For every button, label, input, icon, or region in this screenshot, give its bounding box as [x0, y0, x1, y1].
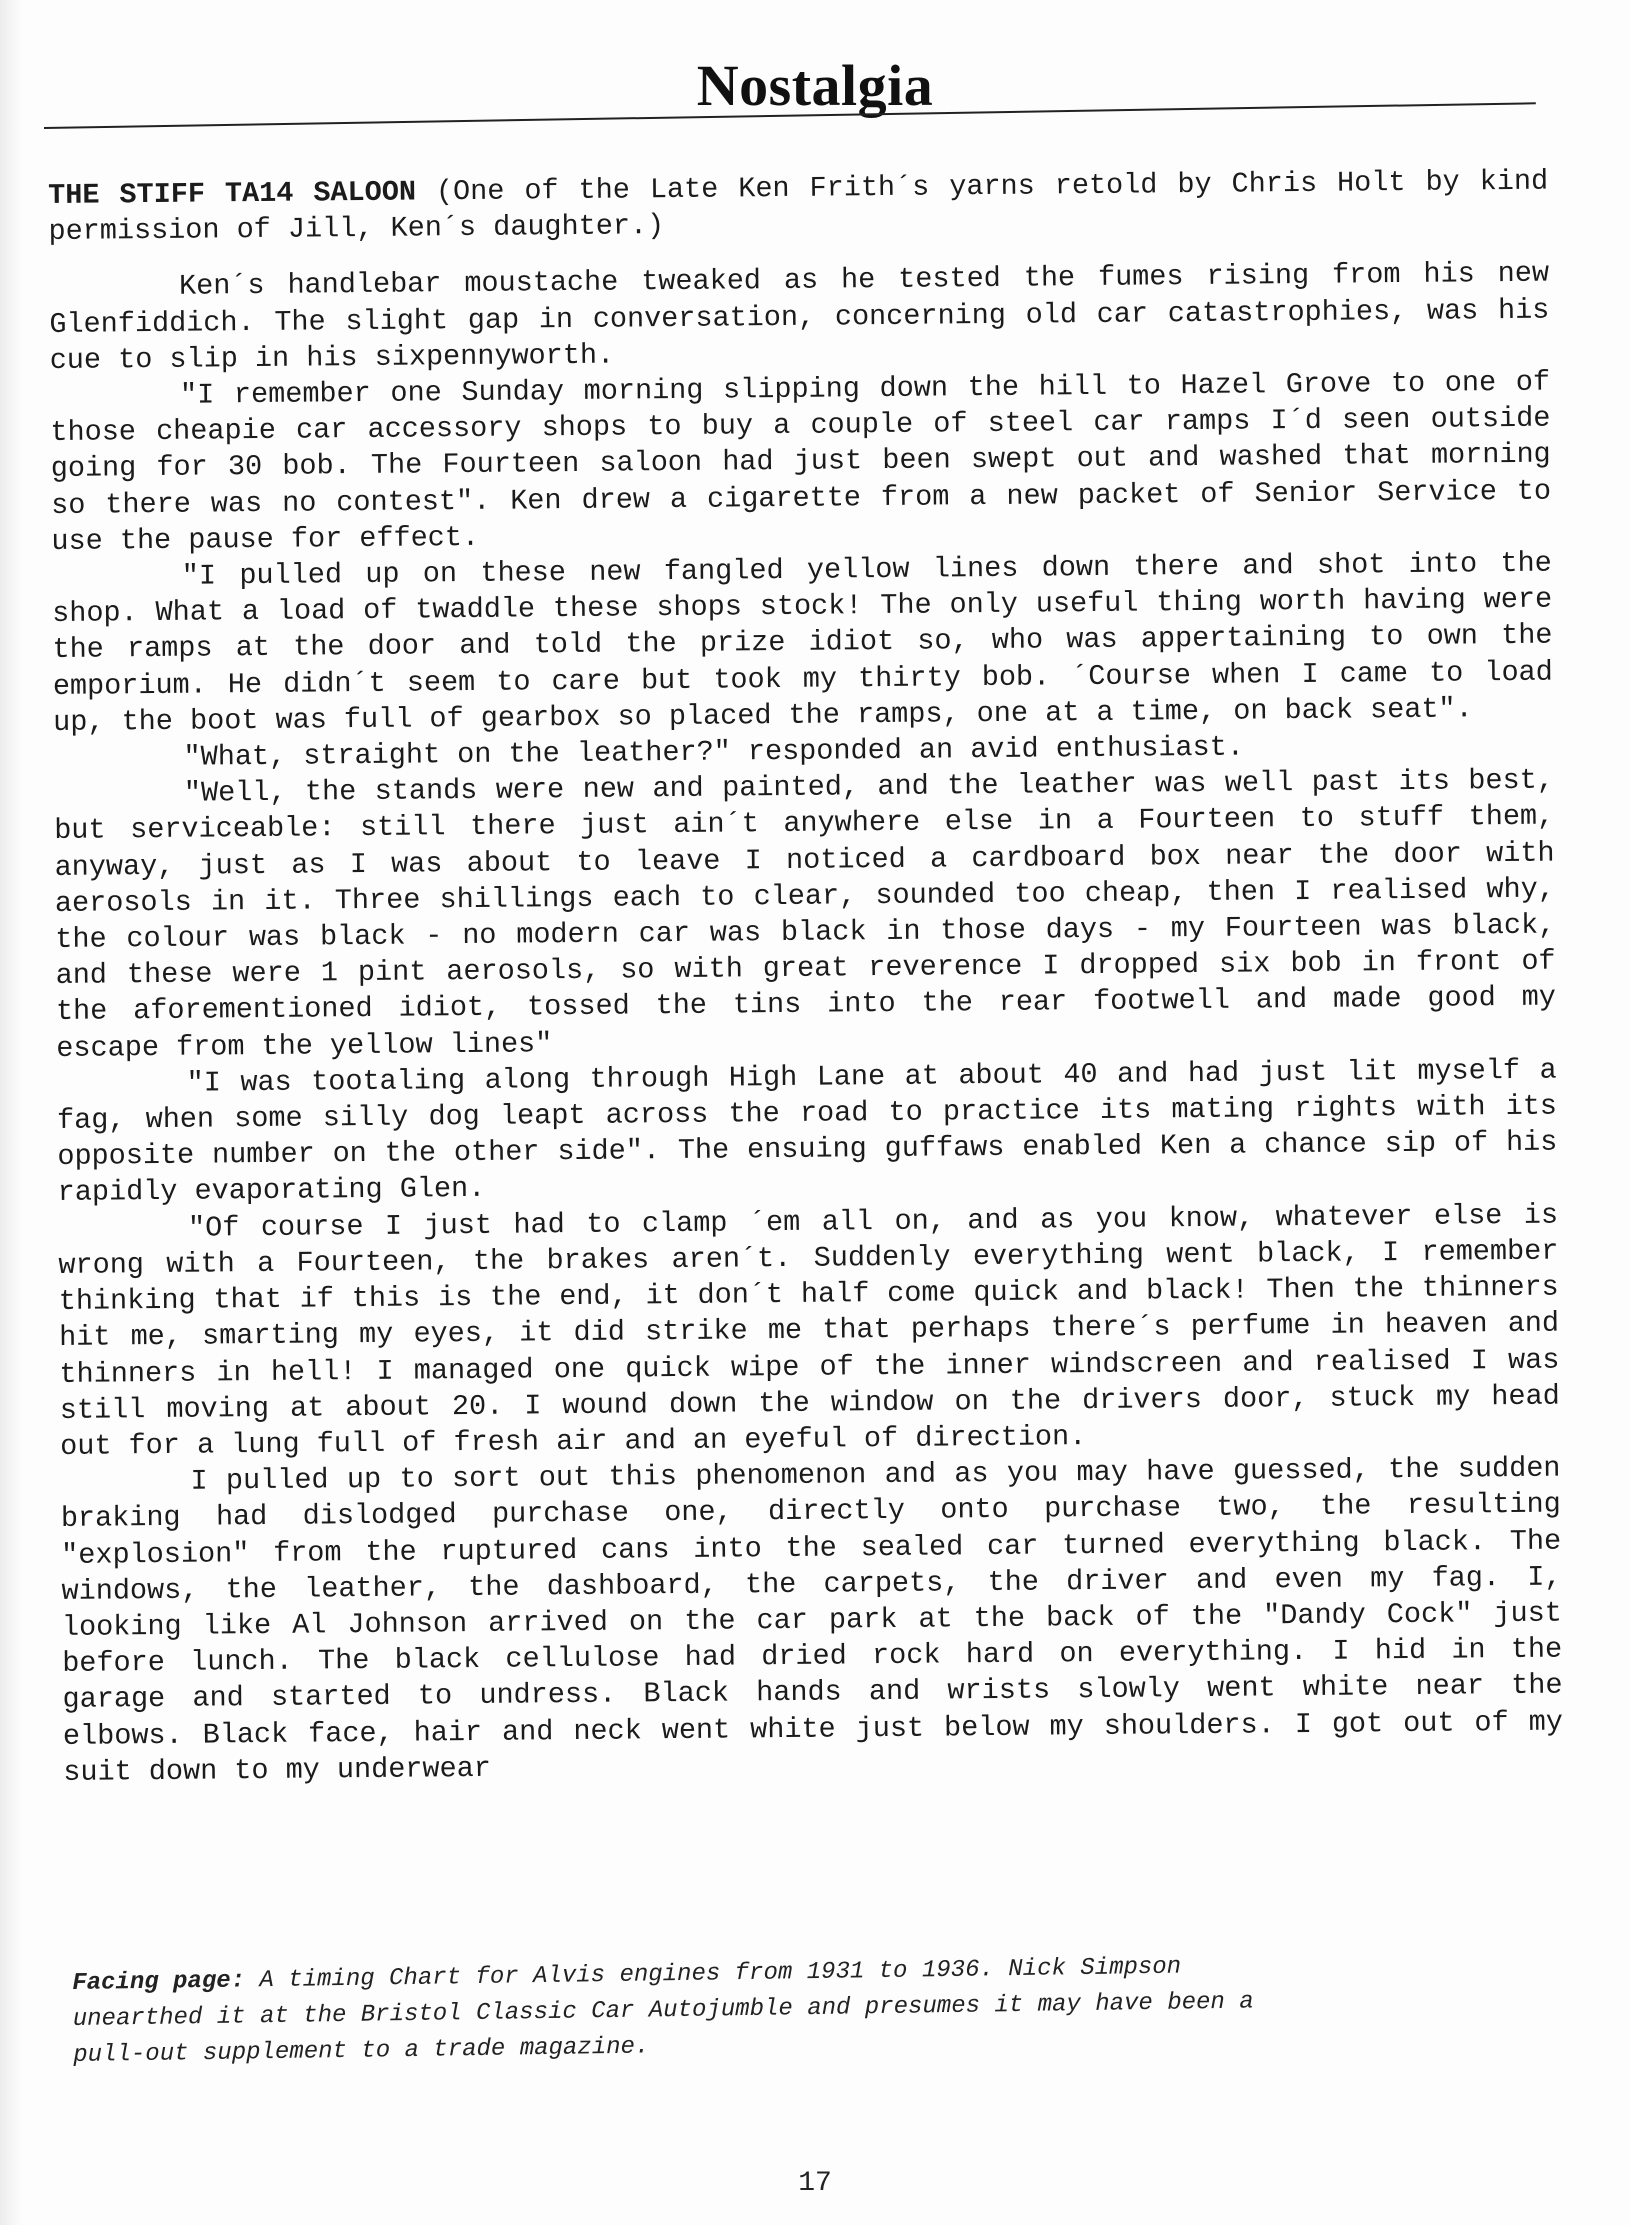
magazine-page: Nostalgia THE STIFF TA14 SALOON (One of … — [0, 0, 1630, 2225]
paragraph: "I was tootaling along through High Lane… — [57, 1052, 1558, 1211]
section-title: Nostalgia — [0, 52, 1630, 119]
photo-caption: Facing page: A timing Chart for Alvis en… — [72, 1948, 1303, 2074]
paragraph: "Of course I just had to clamp ´em all o… — [58, 1197, 1560, 1465]
paragraph: I pulled up to sort out this phenomenon … — [60, 1451, 1563, 1791]
article-title: THE STIFF TA14 SALOON — [48, 175, 416, 212]
article-body: THE STIFF TA14 SALOON (One of the Late K… — [48, 164, 1563, 1791]
paragraph: "I remember one Sunday morning slipping … — [50, 365, 1552, 560]
paragraph: "I pulled up on these new fangled yellow… — [52, 546, 1554, 741]
page-number: 17 — [0, 2168, 1630, 2199]
scan-edge-shadow — [0, 0, 22, 2225]
paragraph: "Well, the stands were new and painted, … — [54, 763, 1557, 1067]
article-header: THE STIFF TA14 SALOON (One of the Late K… — [48, 164, 1549, 251]
paragraph: Ken´s handlebar moustache tweaked as he … — [49, 256, 1550, 379]
caption-label: Facing page: — [72, 1967, 245, 1997]
caption-text: A timing Chart for Alvis engines from 19… — [73, 1954, 1254, 2069]
